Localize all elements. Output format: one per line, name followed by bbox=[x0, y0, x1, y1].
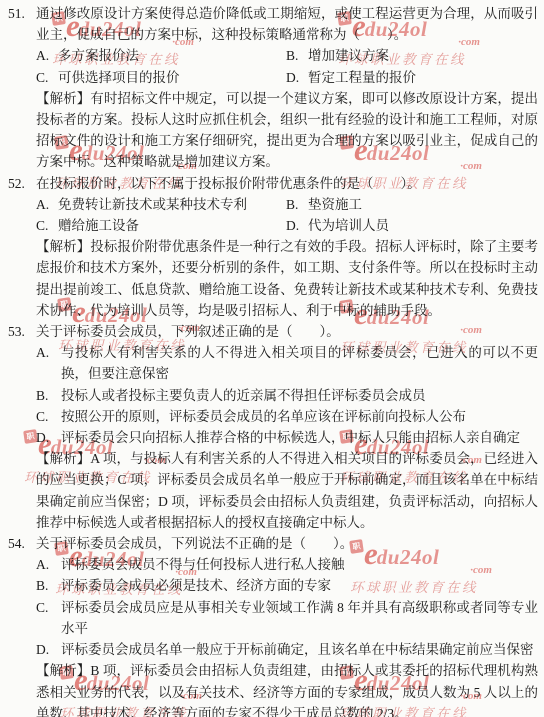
option-text: 可供选择项目的报价 bbox=[58, 70, 180, 85]
question-54: 54. 关于评标委员会成员，下列说法不正确的是（ ）。 A.评标委员会成员不得与… bbox=[8, 533, 538, 717]
option-text: 评标委员会成员必须是技术、经济方面的专家 bbox=[61, 578, 331, 593]
options-row-ab: A.多方案报价法 B.增加建议方案 bbox=[36, 45, 538, 66]
option-label: C. bbox=[36, 406, 48, 427]
explanation: 【解析】投标报价附带优惠条件是一种行之有效的手段。招标人评标时，除了主要考虑报价… bbox=[36, 236, 538, 321]
option-text: 暂定工程量的报价 bbox=[308, 70, 416, 85]
option-b: B.投标人或者投标主要负责人的近亲属不得担任评标委员会成员 bbox=[36, 385, 538, 406]
question-52: 52. 在投标报价时，以下不属于投标报价附带优惠条件的是（ ）。 A.免费转让新… bbox=[8, 173, 538, 321]
option-text: 投标人或者投标主要负责人的近亲属不得担任评标委员会成员 bbox=[61, 388, 426, 403]
option-d: D.代为培训人员 bbox=[286, 215, 538, 236]
option-text: 按照公开的原则，评标委员会成员的名单应该在评标前向投标人公布 bbox=[61, 409, 466, 424]
option-label: A. bbox=[36, 194, 58, 215]
option-label: A. bbox=[36, 342, 49, 363]
option-label: A. bbox=[36, 45, 58, 66]
option-label: C. bbox=[36, 597, 48, 618]
option-text: 代为培训人员 bbox=[308, 218, 389, 233]
option-label: A. bbox=[36, 554, 49, 575]
explanation: 【解析】A 项，与投标人有利害关系的人不得进入相关项目的评标委员会，已经进入的应… bbox=[36, 448, 538, 533]
question-number: 52. bbox=[8, 173, 25, 194]
question-51: 51. 通过修改原设计方案使得总造价降低或工期缩短，或使工程运营更为合理，从而吸… bbox=[8, 3, 538, 173]
question-stem: 关于评标委员会成员，下列说法不正确的是（ ）。 bbox=[36, 533, 538, 554]
option-b: B.垫资施工 bbox=[286, 194, 538, 215]
options-row-ab: A.免费转让新技术或某种技术专利 B.垫资施工 bbox=[36, 194, 538, 215]
option-text: 增加建议方案 bbox=[308, 48, 389, 63]
scanned-exam-page: { "watermark": { "badge": "职", "logo_e":… bbox=[0, 0, 544, 717]
option-label: D. bbox=[286, 67, 308, 88]
option-d: D.评标委员会只向招标人推荐合格的中标候选人，中标人只能由招标人亲自确定 bbox=[36, 427, 538, 448]
option-text: 垫资施工 bbox=[308, 197, 362, 212]
option-c: C.评标委员会成员应是从事相关专业领域工作满 8 年并具有高级职称或者同等专业水… bbox=[36, 597, 538, 639]
option-a: A.免费转让新技术或某种技术专利 bbox=[36, 194, 286, 215]
exam-page: 职edu24ol·com环球职业教育在线 职edu24ol·com环球职业教育在… bbox=[0, 0, 544, 717]
option-label: D. bbox=[36, 427, 49, 448]
explanation: 【解析】有时招标文件中规定，可以提一个建议方案，即可以修改原设计方案，提出投标者… bbox=[36, 88, 538, 173]
question-53: 53. 关于评标委员会成员，下列叙述正确的是（ ）。 A.与投标人有利害关系的人… bbox=[8, 321, 538, 533]
option-text: 评标委员会成员应是从事相关专业领域工作满 8 年并具有高级职称或者同等专业水平 bbox=[61, 600, 538, 636]
option-label: D. bbox=[286, 215, 308, 236]
option-text: 评标委员会成员名单一般应于开标前确定，且该名单在中标结果确定前应当保密 bbox=[61, 642, 534, 657]
option-a: A.多方案报价法 bbox=[36, 45, 286, 66]
option-a: A.与投标人有利害关系的人不得进入相关项目的评标委员会，已进入的可以不更换，但要… bbox=[36, 342, 538, 384]
explanation: 【解析】B 项，评标委员会由招标人负责组建，由招标人或其委托的招标代理机构熟悉相… bbox=[36, 660, 538, 717]
question-number: 54. bbox=[8, 533, 25, 554]
option-b: B.增加建议方案 bbox=[286, 45, 538, 66]
option-text: 与投标人有利害关系的人不得进入相关项目的评标委员会，已进入的可以不更换，但要注意… bbox=[61, 345, 538, 381]
option-text: 多方案报价法 bbox=[58, 48, 139, 63]
question-number: 51. bbox=[8, 3, 25, 24]
option-c: C.赠给施工设备 bbox=[36, 215, 286, 236]
question-number: 53. bbox=[8, 321, 25, 342]
option-text: 免费转让新技术或某种技术专利 bbox=[58, 197, 247, 212]
option-label: D. bbox=[36, 639, 49, 660]
option-label: B. bbox=[286, 45, 308, 66]
question-stem: 通过修改原设计方案使得总造价降低或工期缩短，或使工程运营更为合理，从而吸引业主，… bbox=[36, 3, 538, 45]
option-text: 评标委员会只向招标人推荐合格的中标候选人，中标人只能由招标人亲自确定 bbox=[61, 430, 520, 445]
question-stem: 在投标报价时，以下不属于投标报价附带优惠条件的是（ ）。 bbox=[36, 173, 538, 194]
options-row-cd: C.赠给施工设备 D.代为培训人员 bbox=[36, 215, 538, 236]
option-text: 赠给施工设备 bbox=[58, 218, 139, 233]
options-row-cd: C.可供选择项目的报价 D.暂定工程量的报价 bbox=[36, 67, 538, 88]
option-label: B. bbox=[36, 385, 48, 406]
option-label: C. bbox=[36, 215, 58, 236]
option-c: C.可供选择项目的报价 bbox=[36, 67, 286, 88]
option-label: B. bbox=[36, 575, 48, 596]
option-d: D.暂定工程量的报价 bbox=[286, 67, 538, 88]
question-stem: 关于评标委员会成员，下列叙述正确的是（ ）。 bbox=[36, 321, 538, 342]
option-a: A.评标委员会成员不得与任何投标人进行私人接触 bbox=[36, 554, 538, 575]
option-c: C.按照公开的原则，评标委员会成员的名单应该在评标前向投标人公布 bbox=[36, 406, 538, 427]
option-text: 评标委员会成员不得与任何投标人进行私人接触 bbox=[61, 557, 345, 572]
option-b: B.评标委员会成员必须是技术、经济方面的专家 bbox=[36, 575, 538, 596]
option-d: D.评标委员会成员名单一般应于开标前确定，且该名单在中标结果确定前应当保密 bbox=[36, 639, 538, 660]
option-label: B. bbox=[286, 194, 308, 215]
exam-content: 51. 通过修改原设计方案使得总造价降低或工期缩短，或使工程运营更为合理，从而吸… bbox=[0, 0, 544, 717]
option-label: C. bbox=[36, 67, 58, 88]
